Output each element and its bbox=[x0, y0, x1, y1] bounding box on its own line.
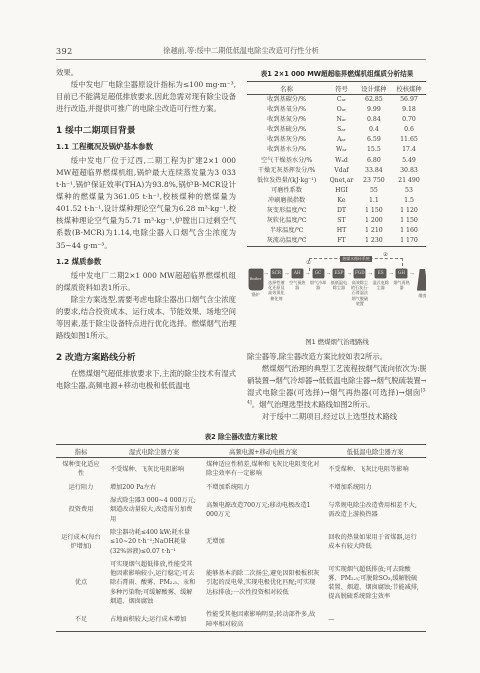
flow-unit-label: 空气预热器 bbox=[288, 280, 306, 291]
paragraph: 效果。 bbox=[56, 67, 236, 79]
table-cell: 不足 bbox=[56, 608, 106, 631]
table-cell: Sₐᵣ bbox=[326, 125, 357, 135]
table2-body: 煤种变化适应性不受煤种、飞灰比电阻影响煤种适应性稍差,煤种和飞灰比电阻变化对除尘… bbox=[56, 458, 426, 632]
table-cell: 收到基氮分/% bbox=[247, 115, 326, 125]
page-header: 392 徐越前,等:绥中二期低低温电除尘改造可行性分析 bbox=[56, 46, 426, 60]
flow-unit-label: 高效除尘的石灰石-石膏湿法烟气脱硫装置 bbox=[351, 280, 369, 307]
flow-unit-label: 烟气冷却器 bbox=[309, 280, 327, 291]
table-row: 收到基灰分/%Aₐᵣ6.5911.65 bbox=[247, 135, 426, 145]
flow-unit-gas-cooler: GC烟气冷却器 bbox=[310, 269, 327, 291]
heat-media-loop-line: ① ② 热媒水循环系统 bbox=[309, 258, 403, 271]
table-row: 低位发热量/(kJ·kg⁻¹)Qnet,ar23 75021 490 bbox=[247, 175, 426, 185]
table-cell: 1 160 bbox=[391, 226, 426, 236]
table-row: 灰软化温度/℃ST1 2001 150 bbox=[247, 216, 426, 226]
flow-unit-label: 湿式电除尘器 bbox=[372, 280, 390, 291]
table-cell: 1 200 bbox=[357, 216, 391, 226]
table-cell: 运行成本(每台炉增加) bbox=[56, 526, 106, 558]
table-row: 优点可实现烟气超低排放,性能受其他因素影响较小,运行稳定;可去除石膏雨、酸雾、P… bbox=[56, 558, 426, 608]
table-cell: 15.5 bbox=[357, 145, 391, 155]
table-cell: 灰流动温度/℃ bbox=[247, 236, 326, 247]
column-header: 湿式电除尘器方案 bbox=[106, 445, 202, 458]
table1-caption: 表1 2×1 000 MW超超临界燃煤机组煤质分析结果 bbox=[247, 68, 426, 78]
table-cell: 增加200 Pa左右 bbox=[106, 481, 202, 494]
table-cell: 可磨性系数 bbox=[247, 185, 326, 195]
table-cell: 不增加系统阻力 bbox=[202, 481, 324, 494]
table-cell: 可实现烟气超低排放;可去除酸雾、PM₂.₅;可脱除SO₃,缓解脱硫装置、烟道、烟… bbox=[324, 558, 426, 608]
column-header: 高频电源+移动电极方案 bbox=[202, 445, 324, 458]
table-cell: 62.85 bbox=[357, 95, 391, 106]
flow-unit-fgd: FGD高效除尘的石灰石-石膏湿法烟气脱硫装置 bbox=[351, 269, 368, 307]
table-cell: 无增加 bbox=[202, 526, 324, 558]
table-cell: Vdaf bbox=[326, 165, 357, 175]
subsection-heading-1-1: 1.1 工程概况及锅炉基本参数 bbox=[56, 141, 236, 152]
table-cell: 收到基水分/% bbox=[247, 145, 326, 155]
table-cell: 煤种适应性稍差,煤种和飞灰比电阻变化对除尘效率有一定影响 bbox=[202, 458, 324, 481]
table-cell: 6.59 bbox=[357, 135, 391, 145]
table-cell: Wₐᵣ bbox=[326, 145, 357, 155]
column-header: 低低温电除尘器方案 bbox=[324, 445, 426, 458]
table-cell: 30.83 bbox=[391, 165, 426, 175]
table-cell: 高频电源改造700万元;移动电极改造1 000万元 bbox=[202, 494, 324, 526]
table-cell: — bbox=[324, 608, 426, 631]
table-cell: 1 150 bbox=[357, 206, 391, 216]
flow-unit-label: 烟气再热器 bbox=[393, 280, 411, 291]
figure1-canvas: ① ② 热媒水循环系统 Boiler锅炉→SCR选择性催化还原及高效氧化催化剂→… bbox=[247, 254, 426, 333]
table-cell: 煤种变化适应性 bbox=[56, 458, 106, 481]
table-cell: 1 210 bbox=[357, 226, 391, 236]
paragraph: 燃煤烟气治理的典型工艺流程按烟气流向依次为:脱硝装置→烟气冷却器→低低温电除尘器… bbox=[247, 363, 426, 412]
table-cell: 9.18 bbox=[391, 105, 426, 115]
table-row: 收到基碳分/%Cₐᵣ62.8556.97 bbox=[247, 95, 426, 106]
paragraph: 除尘器等,除尘器改造方案比较如表2所示。 bbox=[247, 351, 426, 363]
column-header: 指标 bbox=[56, 445, 106, 458]
flow-unit-esp: ESP低低温电除尘器 bbox=[330, 269, 347, 291]
table-cell: 1 170 bbox=[391, 236, 426, 247]
table-cell: DT bbox=[326, 206, 357, 216]
column-header: 符号 bbox=[326, 82, 357, 95]
table-cell: 干燥无灰基挥发分/% bbox=[247, 165, 326, 175]
table2: 指标湿式电除尘器方案高频电源+移动电极方案低低温电除尘器方案 煤种变化适应性不受… bbox=[56, 444, 426, 632]
table-cell: 冲刷磨损指数 bbox=[247, 196, 326, 206]
figure1: ① ② 热媒水循环系统 Boiler锅炉→SCR选择性催化还原及高效氧化催化剂→… bbox=[247, 254, 426, 346]
flow-unit-gas-heater: GH烟气再热器 bbox=[393, 269, 410, 291]
paragraph: 对于绥中二期项目,经过以上选型技术路线 bbox=[247, 411, 426, 423]
table-cell: Cₐᵣ bbox=[326, 95, 357, 106]
table-cell: 不受煤种、飞灰比电阻影响 bbox=[106, 458, 202, 481]
table-cell: 0.84 bbox=[357, 115, 391, 125]
table-cell: 5.49 bbox=[391, 155, 426, 165]
paper-page: 392 徐越前,等:绥中二期低低温电除尘改造可行性分析 效果。 绥中发电厂电除尘… bbox=[0, 0, 480, 673]
table-cell: 0.6 bbox=[391, 125, 426, 135]
table-cell: 55 bbox=[357, 185, 391, 195]
table-row: 干燥无灰基挥发分/%Vdaf33.8430.83 bbox=[247, 165, 426, 175]
table-row: 收到基氧分/%Oₐᵣ9.999.18 bbox=[247, 105, 426, 115]
table-cell: 0.70 bbox=[391, 115, 426, 125]
table-cell: 除尘器功耗≤400 kW;耗水量≤10~20 t·h⁻¹;NaOH耗量(32%溶… bbox=[106, 526, 202, 558]
table-cell: 能够基本消除二次扬尘,避免因阳极板积灰引起的反电晕,实现电极优化匹配;可实现达标… bbox=[202, 558, 324, 608]
table-cell: Oₐᵣ bbox=[326, 105, 357, 115]
table1-head: 名称符号设计煤种校核煤种 bbox=[247, 82, 426, 95]
flow-unit-stack: 烟囱 bbox=[414, 269, 426, 298]
table-cell: 灰软化温度/℃ bbox=[247, 216, 326, 226]
table-row: 灰变形温度/℃DT1 1501 120 bbox=[247, 206, 426, 216]
loop-marker-1: ① bbox=[306, 261, 311, 267]
table-cell: 性能受其他因素影响明显;转动部件多,故障率相对较高 bbox=[202, 608, 324, 631]
table-cell: 11.65 bbox=[391, 135, 426, 145]
table-row: 煤种变化适应性不受煤种、飞灰比电阻影响煤种适应性稍差,煤种和飞灰比电阻变化对除尘… bbox=[56, 458, 426, 481]
table-cell: 33.84 bbox=[357, 165, 391, 175]
table-cell: 可实现烟气超低排放,性能受其他因素影响较小,运行稳定;可去除石膏雨、酸雾、PM₂… bbox=[106, 558, 202, 608]
table1: 名称符号设计煤种校核煤种 收到基碳分/%Cₐᵣ62.8556.97收到基氧分/%… bbox=[247, 81, 426, 247]
table-cell: 空气干燥基水分/% bbox=[247, 155, 326, 165]
table-cell: 17.4 bbox=[391, 145, 426, 155]
table-cell: 23 750 bbox=[357, 175, 391, 185]
loop-marker-2: ② bbox=[383, 253, 388, 259]
boiler-box-icon: Boiler bbox=[249, 269, 263, 290]
table-cell: 1.1 bbox=[357, 196, 391, 206]
running-title: 徐越前,等:绥中二期低低温电除尘改造可行性分析 bbox=[102, 46, 380, 56]
table-cell: 1 230 bbox=[357, 236, 391, 247]
table-row: 不足占地面积较大;运行成本增加性能受其他因素影响明显;转动部件多,故障率相对较高… bbox=[56, 608, 426, 631]
flow-unit-label: 锅炉 bbox=[247, 292, 265, 297]
table-cell: 53 bbox=[391, 185, 426, 195]
left-column: 效果。 绥中发电厂电除尘器原设计指标为≤100 mg·m⁻³,目前已不能满足超低… bbox=[56, 67, 236, 427]
table-row: 灰流动温度/℃FT1 2301 170 bbox=[247, 236, 426, 247]
table-cell: 9.99 bbox=[357, 105, 391, 115]
section-heading-1: 1 绥中二期项目背景 bbox=[56, 123, 236, 136]
table-cell: 收到基碳分/% bbox=[247, 95, 326, 106]
table-cell: HGI bbox=[326, 185, 357, 195]
table-cell: 1 150 bbox=[391, 216, 426, 226]
air-heater-box-icon: AH bbox=[292, 269, 303, 278]
table-cell: 21 490 bbox=[391, 175, 426, 185]
table-row: 可磨性系数HGI5553 bbox=[247, 185, 426, 195]
table-cell: 投资费用 bbox=[56, 494, 106, 526]
paragraph-text: 燃煤烟气治理的典型工艺流程按烟气流向依次为:脱硝装置→烟气冷却器→低低温电除尘器… bbox=[247, 364, 426, 397]
flow-unit-label: 烟囱 bbox=[413, 293, 426, 298]
flow-unit-wet-esp: ES湿式电除尘器 bbox=[372, 269, 389, 291]
table-cell: 不增加系统阻力 bbox=[324, 481, 426, 494]
table-cell: 0.4 bbox=[357, 125, 391, 135]
column-header: 校核煤种 bbox=[391, 82, 426, 95]
table1-body: 收到基碳分/%Cₐᵣ62.8556.97收到基氧分/%Oₐᵣ9.999.18收到… bbox=[247, 95, 426, 246]
table-cell: 湿式除尘器3 000~4 000万元;烟道改动量较大,改造需另加费用 bbox=[106, 494, 202, 526]
table-cell: Ke bbox=[326, 196, 357, 206]
paragraph: 在燃煤烟气超低排放要求下,主流的除尘技术有湿式电除尘器,高频电源+移动电极和低低… bbox=[56, 368, 236, 392]
paragraph: 绥中发电厂二期2×1 000 MW超超临界燃煤机组的煤质资料如表1所示。 bbox=[56, 270, 236, 294]
column-header: 名称 bbox=[247, 82, 326, 95]
flow-unit-label: 低低温电除尘器 bbox=[330, 280, 348, 291]
table-row: 空气干燥基水分/%Wₐd6.805.49 bbox=[247, 155, 426, 165]
flow-diagram: Boiler锅炉→SCR选择性催化还原及高效氧化催化剂→AH空气预热器→GC烟气… bbox=[247, 269, 426, 307]
paragraph: 除尘方案选型,需要考虑电除尘器出口烟气含尘浓度的要求,结合投资成本、运行成本、节… bbox=[56, 294, 236, 343]
section-heading-2: 2 改造方案路线分析 bbox=[56, 350, 236, 363]
table-cell: 收到基灰分/% bbox=[247, 135, 326, 145]
page-number: 392 bbox=[56, 47, 102, 56]
table2-caption: 表2 除尘器改造方案比较 bbox=[56, 431, 426, 441]
table-cell: 半球温度/℃ bbox=[247, 226, 326, 236]
table-cell: 不受煤种、飞灰比电阻等影响 bbox=[324, 458, 426, 481]
table-cell: 占地面积较大;运行成本增加 bbox=[106, 608, 202, 631]
table-cell: 1 120 bbox=[391, 206, 426, 216]
table-cell: 与常规电除尘改造费用相差不大,需改造上游换热器 bbox=[324, 494, 426, 526]
table-row: 收到基氮分/%Nₐᵣ0.840.70 bbox=[247, 115, 426, 125]
flow-unit-scr: SCR选择性催化还原及高效氧化催化剂 bbox=[268, 269, 285, 301]
table-cell: Wₐd bbox=[326, 155, 357, 165]
table2-header-row: 指标湿式电除尘器方案高频电源+移动电极方案低低温电除尘器方案 bbox=[56, 445, 426, 458]
table-cell: Qnet,ar bbox=[326, 175, 357, 185]
table1-header-row: 名称符号设计煤种校核煤种 bbox=[247, 82, 426, 95]
table2-section: 表2 除尘器改造方案比较 指标湿式电除尘器方案高频电源+移动电极方案低低温电除尘… bbox=[56, 431, 426, 632]
table-cell: 运行阻力 bbox=[56, 481, 106, 494]
table-cell: 56.97 bbox=[391, 95, 426, 106]
figure1-caption: 图1 燃煤烟气治理路线 bbox=[247, 337, 426, 346]
table-cell: 6.80 bbox=[357, 155, 391, 165]
table-cell: Aₐᵣ bbox=[326, 135, 357, 145]
table-cell: ST bbox=[326, 216, 357, 226]
subsection-heading-1-2: 1.2 煤质参数 bbox=[56, 256, 236, 267]
column-header: 设计煤种 bbox=[357, 82, 391, 95]
paragraph: 绥中发电厂电除尘器原设计指标为≤100 mg·m⁻³,目前已不能满足超低排放要求… bbox=[56, 79, 236, 115]
table-cell: 收到基硫分/% bbox=[247, 125, 326, 135]
table-cell: 优点 bbox=[56, 558, 106, 608]
table-cell: FT bbox=[326, 236, 357, 247]
table-row: 半球温度/℃HT1 2101 160 bbox=[247, 226, 426, 236]
flow-unit-boiler: Boiler锅炉 bbox=[247, 269, 264, 297]
heat-media-box: 热媒水循环系统 bbox=[340, 256, 372, 262]
table-cell: 低位发热量/(kJ·kg⁻¹) bbox=[247, 175, 326, 185]
table-cell: HT bbox=[326, 226, 357, 236]
flow-unit-air-heater: AH空气预热器 bbox=[289, 269, 306, 291]
table-row: 运行成本(每台炉增加)除尘器功耗≤400 kW;耗水量≤10~20 t·h⁻¹;… bbox=[56, 526, 426, 558]
table-row: 冲刷磨损指数Ke1.11.5 bbox=[247, 196, 426, 206]
flow-unit-label: 选择性催化还原及高效氧化催化剂 bbox=[267, 280, 285, 301]
table-cell: 灰变形温度/℃ bbox=[247, 206, 326, 216]
table-row: 投资费用湿式除尘器3 000~4 000万元;烟道改动量较大,改造需另加费用高频… bbox=[56, 494, 426, 526]
table-row: 收到基水分/%Wₐᵣ15.517.4 bbox=[247, 145, 426, 155]
paragraph-text: 。烟气治理选型技术路线如图2所示。 bbox=[252, 400, 375, 409]
table-row: 运行阻力增加200 Pa左右不增加系统阻力不增加系统阻力 bbox=[56, 481, 426, 494]
table-cell: 回收的热量如果用于省煤器,运行成本有较大降低 bbox=[324, 526, 426, 558]
scr-box-icon: SCR bbox=[271, 269, 282, 278]
stack-box-icon bbox=[417, 269, 426, 291]
two-column-body: 效果。 绥中发电厂电除尘器原设计指标为≤100 mg·m⁻³,目前已不能满足超低… bbox=[56, 67, 426, 427]
table-cell: 1.5 bbox=[391, 196, 426, 206]
table2-head: 指标湿式电除尘器方案高频电源+移动电极方案低低温电除尘器方案 bbox=[56, 445, 426, 458]
right-column: 表1 2×1 000 MW超超临界燃煤机组煤质分析结果 名称符号设计煤种校核煤种… bbox=[247, 67, 426, 427]
table-row: 收到基硫分/%Sₐᵣ0.40.6 bbox=[247, 125, 426, 135]
paragraph: 绥中发电厂位于辽西,二期工程为扩建2×1 000 MW超超临界燃煤机组,锅炉最大… bbox=[56, 155, 236, 252]
table-cell: Nₐᵣ bbox=[326, 115, 357, 125]
table-cell: 收到基氧分/% bbox=[247, 105, 326, 115]
